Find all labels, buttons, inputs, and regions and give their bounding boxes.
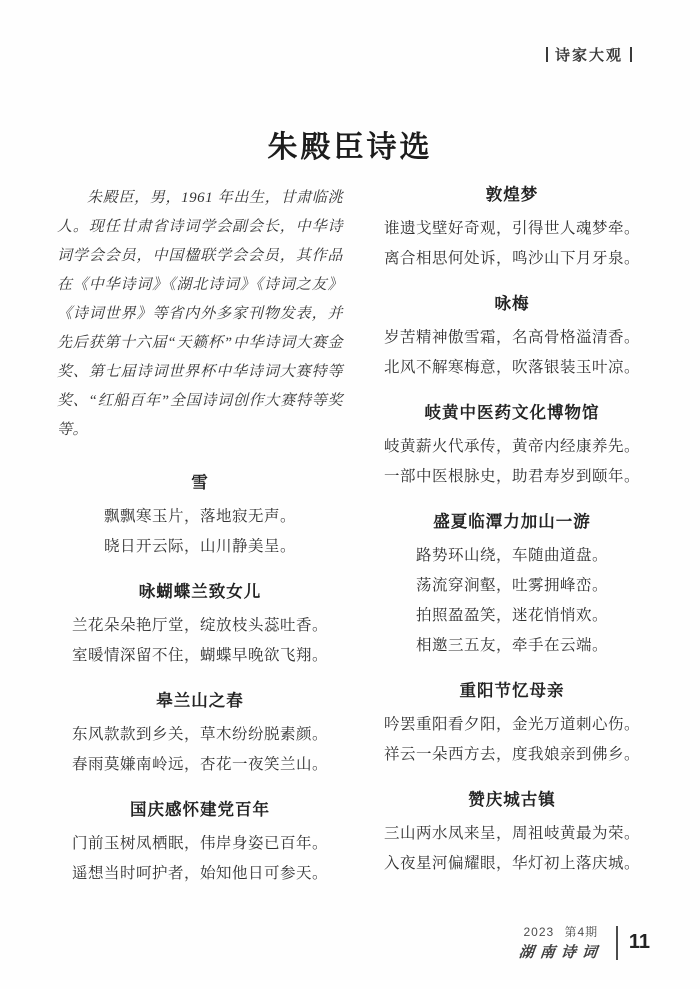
poem-block: 敦煌梦 谁遗戈壁好奇观，引得世人魂梦牵。 离合相思何处诉，鸣沙山下月牙泉。	[369, 184, 655, 274]
poem-title: 盛夏临潭力加山一游	[369, 511, 655, 533]
poem-line: 遥想当时呵护者，始知他日可参天。	[57, 859, 343, 889]
poem-title: 敦煌梦	[369, 184, 655, 206]
author-bio: 朱殿臣，男，1961 年出生，甘肃临洮人。现任甘肃省诗词学会副会长，中华诗词学会…	[57, 184, 343, 445]
poem-line: 室暖情深留不住，蝴蝶早晚欲飞翔。	[57, 641, 343, 671]
poem-line: 北风不解寒梅意，吹落银装玉叶凉。	[369, 353, 655, 383]
page-title: 朱殿臣诗选	[0, 122, 700, 166]
poem-title: 咏蝴蝶兰致女儿	[57, 581, 343, 603]
footer-divider	[616, 926, 618, 960]
poem-line: 相邀三五友，牵手在云端。	[369, 631, 655, 661]
page: 诗家大观 朱殿臣诗选 朱殿臣，男，1961 年出生，甘肃临洮人。现任甘肃省诗词学…	[0, 0, 700, 989]
issue-info: 2023 第4期 湖南诗词	[519, 923, 603, 962]
poem-title: 皋兰山之春	[57, 690, 343, 712]
poem-block: 重阳节忆母亲 吟罢重阳看夕阳，金光万道刺心伤。 祥云一朵西方去，度我娘亲到佛乡。	[369, 680, 655, 770]
poem-line: 岐黄薪火代承传，黄帝内经康养先。	[369, 432, 655, 462]
poem-title: 国庆感怀建党百年	[57, 799, 343, 821]
poem-title: 咏梅	[369, 293, 655, 315]
journal-name: 湖南诗词	[518, 941, 604, 962]
right-column: 敦煌梦 谁遗戈壁好奇观，引得世人魂梦牵。 离合相思何处诉，鸣沙山下月牙泉。 咏梅…	[369, 184, 655, 889]
header-section-label: 诗家大观	[548, 44, 630, 65]
poem-line: 吟罢重阳看夕阳，金光万道刺心伤。	[369, 710, 655, 740]
poem-block: 盛夏临潭力加山一游 路势环山绕，车随曲道盘。 荡流穿涧壑，吐雾拥峰峦。 拍照盈盈…	[369, 511, 655, 661]
page-number: 11	[629, 931, 650, 954]
poem-block: 岐黄中医药文化博物馆 岐黄薪火代承传，黄帝内经康养先。 一部中医根脉史，助君寿岁…	[369, 402, 655, 492]
page-footer: 2023 第4期 湖南诗词 11	[519, 923, 650, 962]
poem-line: 岁苦精神傲雪霜，名高骨格溢清香。	[369, 323, 655, 353]
poem-line: 入夜星河偏耀眼，华灯初上落庆城。	[369, 849, 655, 879]
poem-line: 三山两水凤来呈，周祖岐黄最为荣。	[369, 819, 655, 849]
poem-line: 东风款款到乡关，草木纷纷脱素颜。	[57, 720, 343, 750]
poem-line: 门前玉树凤栖眠，伟岸身姿已百年。	[57, 829, 343, 859]
content-columns: 朱殿臣，男，1961 年出生，甘肃临洮人。现任甘肃省诗词学会副会长，中华诗词学会…	[57, 184, 655, 889]
poem-line: 荡流穿涧壑，吐雾拥峰峦。	[369, 571, 655, 601]
poem-block: 赞庆城古镇 三山两水凤来呈，周祖岐黄最为荣。 入夜星河偏耀眼，华灯初上落庆城。	[369, 789, 655, 879]
poem-block: 雪 飘飘寒玉片，落地寂无声。 晓日开云际，山川静美呈。	[57, 472, 343, 562]
poem-line: 祥云一朵西方去，度我娘亲到佛乡。	[369, 740, 655, 770]
poem-line: 离合相思何处诉，鸣沙山下月牙泉。	[369, 244, 655, 274]
poem-block: 咏蝴蝶兰致女儿 兰花朵朵艳厅堂，绽放枝头蕊吐香。 室暖情深留不住，蝴蝶早晚欲飞翔…	[57, 581, 343, 671]
poem-title: 雪	[57, 472, 343, 494]
left-column: 朱殿臣，男，1961 年出生，甘肃临洮人。现任甘肃省诗词学会副会长，中华诗词学会…	[57, 184, 343, 889]
poem-title: 重阳节忆母亲	[369, 680, 655, 702]
poem-line: 兰花朵朵艳厅堂，绽放枝头蕊吐香。	[57, 611, 343, 641]
poem-line: 拍照盈盈笑，迷花悄悄欢。	[369, 601, 655, 631]
poem-line: 路势环山绕，车随曲道盘。	[369, 541, 655, 571]
poem-title: 岐黄中医药文化博物馆	[369, 402, 655, 424]
poem-block: 咏梅 岁苦精神傲雪霜，名高骨格溢清香。 北风不解寒梅意，吹落银装玉叶凉。	[369, 293, 655, 383]
poem-line: 晓日开云际，山川静美呈。	[57, 532, 343, 562]
poem-line: 谁遗戈壁好奇观，引得世人魂梦牵。	[369, 214, 655, 244]
page-header: 诗家大观	[546, 44, 632, 65]
header-bar-right-icon	[630, 47, 632, 62]
poem-line: 春雨莫嫌南岭远，杏花一夜笑兰山。	[57, 750, 343, 780]
poem-title: 赞庆城古镇	[369, 789, 655, 811]
poem-block: 皋兰山之春 东风款款到乡关，草木纷纷脱素颜。 春雨莫嫌南岭远，杏花一夜笑兰山。	[57, 690, 343, 780]
poem-line: 飘飘寒玉片，落地寂无声。	[57, 502, 343, 532]
issue-line: 2023 第4期	[519, 923, 603, 940]
poem-block: 国庆感怀建党百年 门前玉树凤栖眠，伟岸身姿已百年。 遥想当时呵护者，始知他日可参…	[57, 799, 343, 889]
poem-line: 一部中医根脉史，助君寿岁到颐年。	[369, 462, 655, 492]
